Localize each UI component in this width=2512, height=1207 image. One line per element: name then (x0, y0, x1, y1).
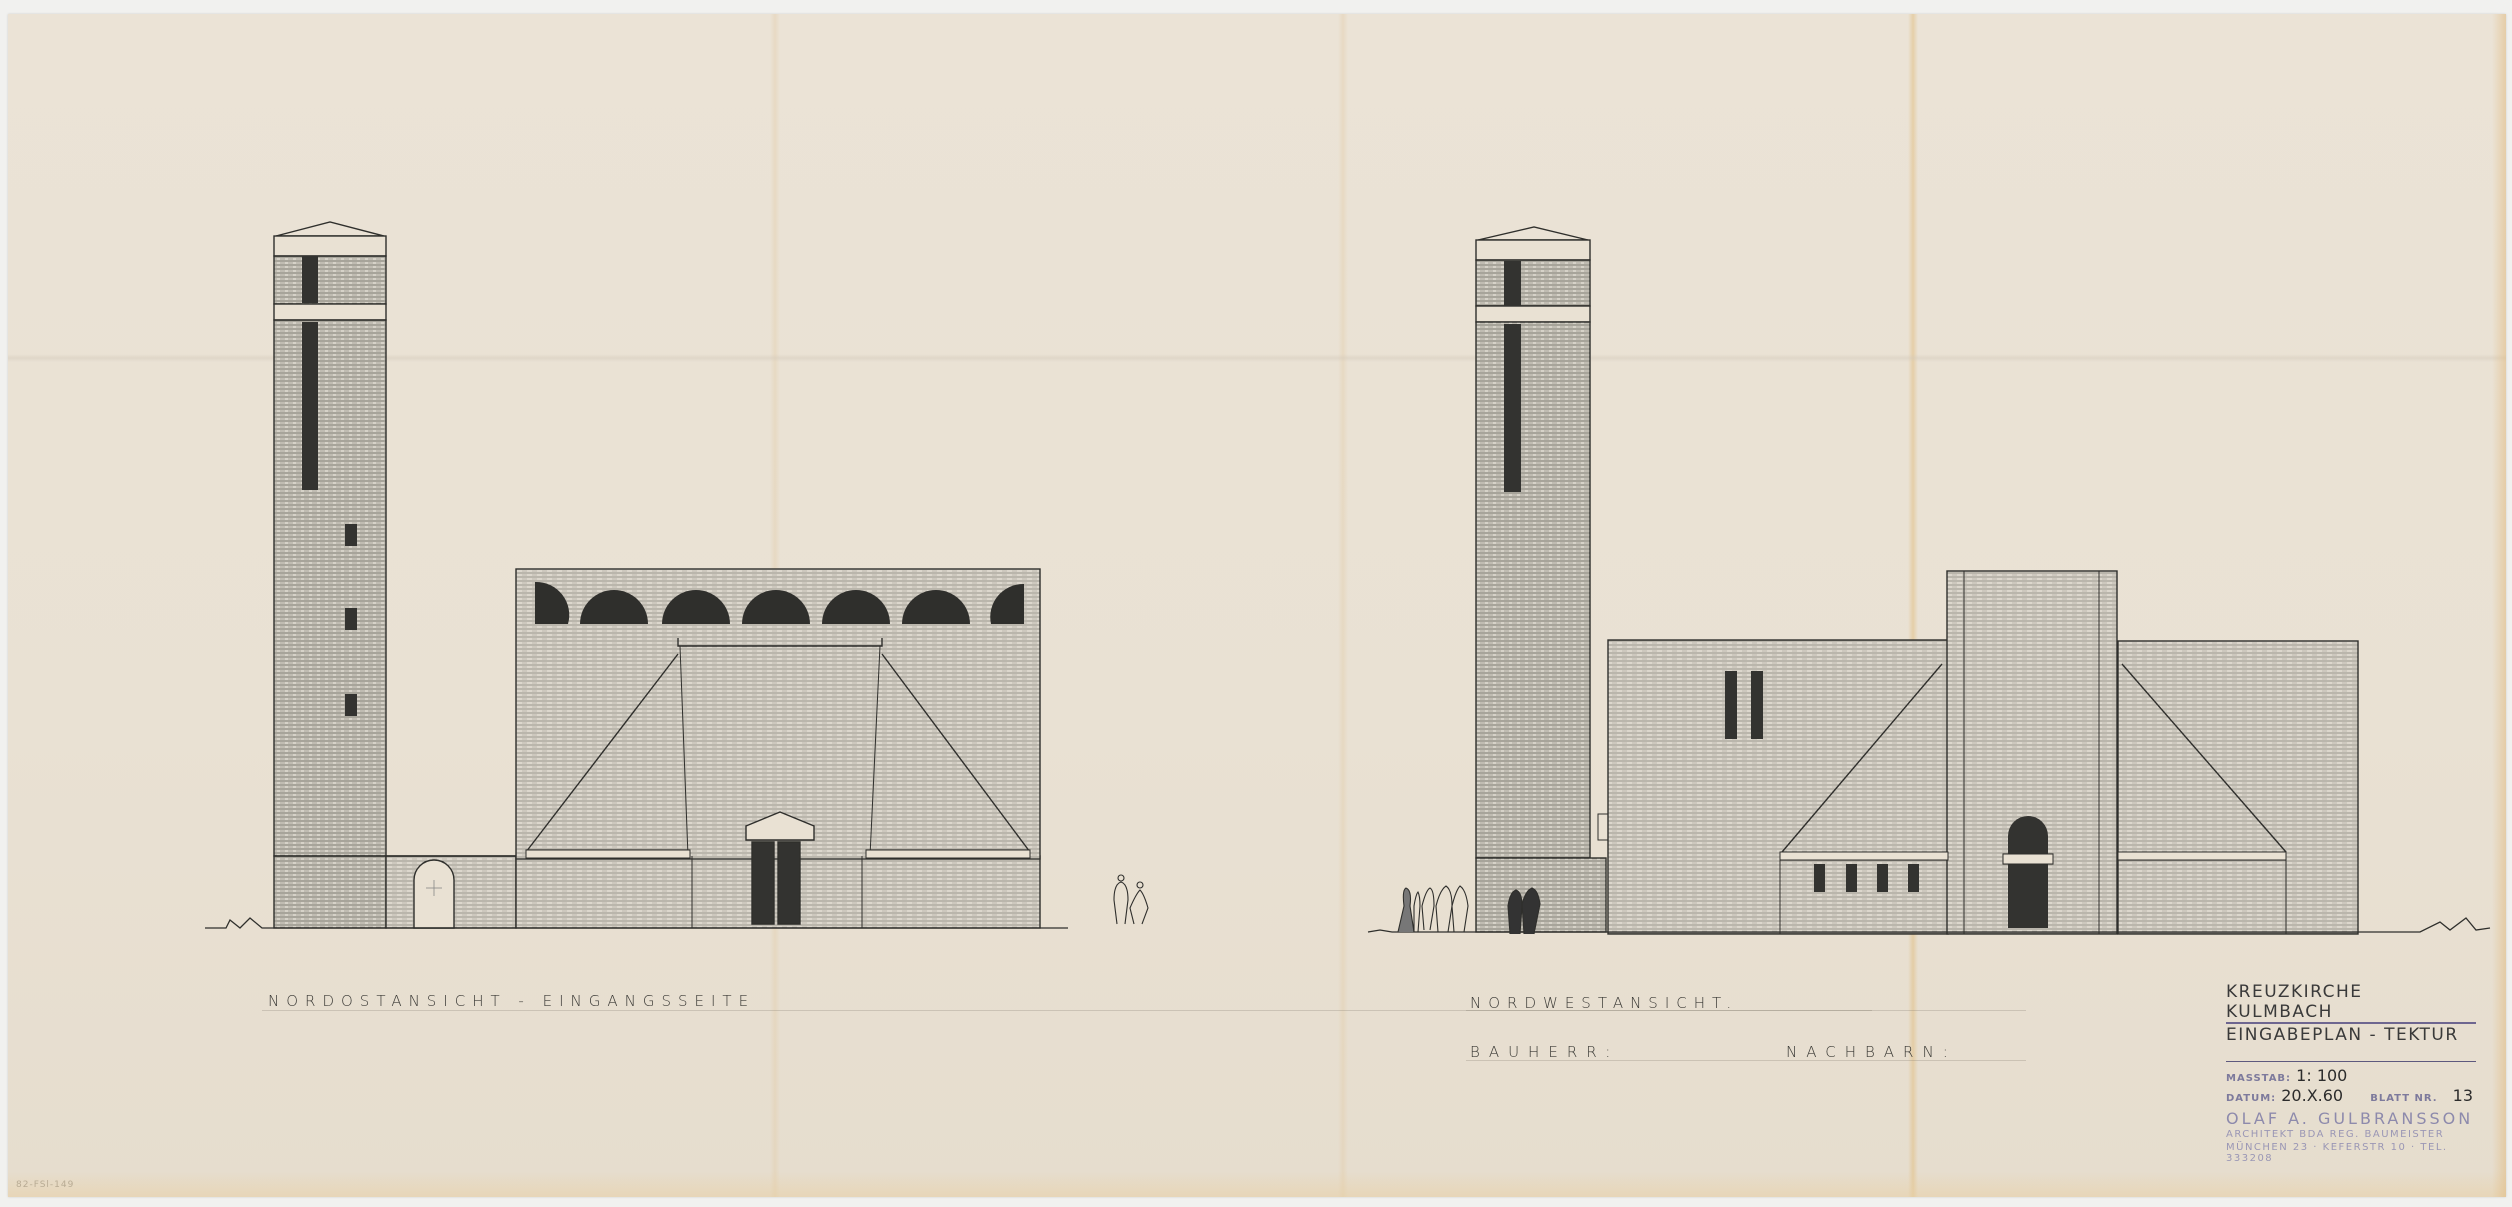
architect-title: ARCHITEKT BDA REG. BAUMEISTER (2226, 1129, 2476, 1140)
date-label: DATUM: (2226, 1093, 2276, 1104)
arched-door (2008, 816, 2048, 928)
caption-nordost: NORDOSTANSICHT - EINGANGSSEITE (268, 992, 755, 1010)
architect-name: OLAF A. GULBRANSSON (2226, 1109, 2476, 1128)
divider (2226, 1022, 2476, 1024)
bell-tower (274, 222, 386, 856)
neighbors-signature-label: NACHBARN: (1786, 1043, 1957, 1061)
title-block: KREUZKIRCHE KULMBACH EINGABEPLAN - TEKTU… (2226, 982, 2476, 1164)
entrance-door-left (752, 842, 774, 924)
tower-slit-window (302, 256, 318, 303)
archive-mark: 82-FSl-149 (16, 1180, 74, 1190)
sheet-label: BLATT NR. (2370, 1093, 2437, 1104)
nave-block (1608, 571, 2358, 934)
low-window (1908, 864, 1919, 892)
tower-slit-window (1504, 324, 1521, 492)
bell-tower (1476, 227, 1614, 932)
low-window (1814, 864, 1825, 892)
date-value: 20.X.60 (2281, 1086, 2343, 1105)
human-figures (1114, 875, 1148, 924)
low-window (1846, 864, 1857, 892)
tower-slit-window (1504, 261, 1521, 306)
caption-nordwest: NORDWESTANSICHT. (1470, 994, 1738, 1012)
scale-label: MASSTAB: (2226, 1073, 2291, 1084)
tower-slit-window (302, 322, 318, 490)
tower-square-window (345, 608, 357, 630)
low-window (1877, 864, 1888, 892)
nordwest-elevation (1368, 227, 2490, 934)
human-figures (1398, 886, 1540, 934)
owner-signature-label: BAUHERR: (1470, 1043, 1619, 1061)
elevation-drawings (0, 0, 2512, 1207)
divider (2226, 1061, 2476, 1062)
nordost-elevation (205, 222, 1148, 928)
plan-type: EINGABEPLAN - TEKTUR (2226, 1025, 2476, 1045)
nave-slit-window (1751, 671, 1763, 739)
tower-square-window (345, 524, 357, 546)
scale-value: 1: 100 (2296, 1066, 2347, 1085)
sheet-value: 13 (2453, 1086, 2473, 1105)
project-title: KREUZKIRCHE KULMBACH (2226, 982, 2476, 1022)
architect-address: MÜNCHEN 23 · KEFERSTR 10 · TEL. 333208 (2226, 1142, 2476, 1164)
nave-slit-window (1725, 671, 1737, 739)
entrance-door-right (778, 842, 800, 924)
tower-square-window (345, 694, 357, 716)
